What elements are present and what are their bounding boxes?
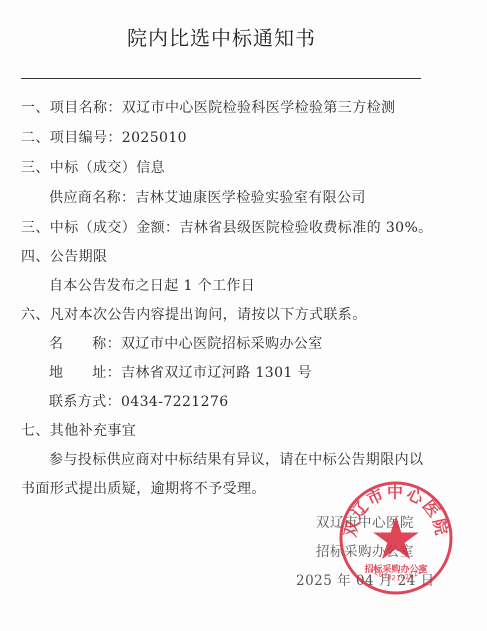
objection-text-line2: 书面形式提出质疑，逾期将不予受理。: [21, 478, 266, 498]
contact-address-row: 地 址：吉林省双辽市辽河路 1301 号: [49, 362, 312, 382]
contact-name-row: 名 称：双辽市中心医院招标采购办公室: [49, 333, 323, 353]
supplier-name: 供应商名称：吉林艾迪康医学检验实验室有限公司: [49, 187, 366, 207]
title-text: 院内比选中标通知书: [127, 26, 316, 50]
title-divider: [21, 78, 421, 79]
section-project-name: 一、项目名称：双辽市中心医院检验科医学检验第三方检测: [21, 97, 395, 117]
section-award-amount: 三、中标（成交）金额：吉林省县级医院检验收费标准的 30%。: [21, 217, 433, 237]
contact-name-value: 双辽市中心医院招标采购办公室: [121, 336, 323, 352]
contact-phone-row: 联系方式：0434-7221276: [49, 391, 229, 411]
section-other-matters: 七、其他补充事宜: [21, 420, 136, 440]
contact-phone-value: 0434-7221276: [121, 394, 229, 410]
notice-period-text: 自本公告发布之日起 1 个工作日: [49, 275, 255, 295]
contact-address-value: 吉林省双辽市辽河路 1301 号: [121, 365, 312, 381]
section-award-info: 三、中标（成交）信息: [21, 157, 165, 177]
notice-page: 院内比选中标通知书 一、项目名称：双辽市中心医院检验科医学检验第三方检测 二、项…: [0, 0, 487, 631]
section-inquiry: 六、凡对本次公告内容提出询问，请按以下方式联系。: [21, 304, 367, 324]
objection-text-line1: 参与投标供应商对中标结果有异议，请在中标公告期限内以: [49, 449, 423, 469]
contact-name-label: 名 称：: [49, 336, 121, 352]
seal-star-icon: [373, 516, 419, 559]
contact-address-label: 地 址：: [49, 365, 121, 381]
official-seal-icon: 双辽市中心医院 招标采购办公室 2203821926229: [336, 478, 456, 598]
document-title: 院内比选中标通知书: [0, 22, 487, 51]
contact-phone-label: 联系方式：: [49, 394, 121, 410]
section-notice-period: 四、公告期限: [21, 246, 107, 266]
section-project-number: 二、项目编号：2025010: [21, 127, 187, 147]
